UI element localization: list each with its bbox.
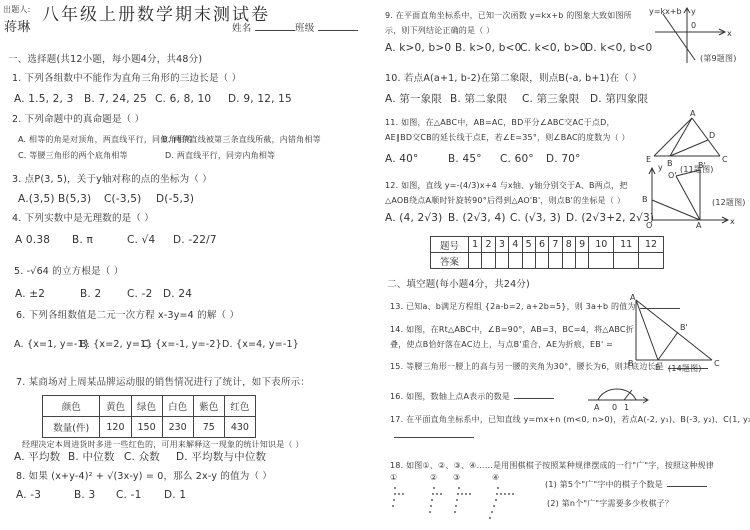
q8-option-a: A. -3	[16, 489, 41, 502]
q7-stem: 7. 某商场对上周某品牌运动服的销售情况进行了统计，如下表所示：	[16, 376, 310, 389]
question-number: 11	[614, 237, 639, 253]
q3-option-d: D(-5,3)	[156, 193, 194, 206]
svg-text:B': B'	[698, 161, 706, 170]
svg-text:y: y	[691, 7, 696, 16]
question-number: 9	[576, 237, 589, 253]
q7-option-c: C. 众数	[124, 451, 160, 464]
q9-option-a: A. k>0, b>0	[385, 42, 451, 55]
svg-text:D: D	[709, 131, 715, 140]
svg-text:①: ①	[390, 473, 397, 482]
q1-option-c: C. 6, 8, 10	[155, 93, 211, 106]
q17-answer-blank[interactable]	[394, 429, 474, 438]
answer-cell[interactable]	[589, 253, 614, 269]
table-cell: 75	[193, 417, 224, 438]
author-name: 蒋琳	[4, 21, 30, 34]
answer-grid: 题号 1 2 3 4 5 6 7 8 9 10 11 12 答案	[430, 236, 664, 269]
answer-cell[interactable]	[549, 253, 562, 269]
svg-text:E: E	[655, 363, 660, 372]
q4-option-b: B. π	[72, 234, 93, 247]
q11-option-c: C. 60°	[500, 153, 534, 166]
q10-option-c: C. 第三象限	[522, 93, 579, 106]
q9-option-c: C. k<0, b>0	[520, 42, 587, 55]
q18-stem: 18. 如图①、②、③、④……是用围棋棋子按照某种规律摆成的一行"广"字，按照这…	[390, 459, 714, 472]
q11-option-a: A. 40°	[385, 153, 419, 166]
section1-heading: 一、选择题(共12小题，每小题4分，共48分)	[8, 53, 202, 66]
q8-option-b: B. 3	[74, 489, 95, 502]
table-row-label: 数量(件)	[43, 417, 100, 438]
q11-option-b: B. 45°	[448, 153, 482, 166]
q3-stem: 3. 点P(3, 5)，关于y轴对称的点的坐标为（ ）	[12, 173, 212, 186]
question-number: 10	[589, 237, 614, 253]
q5-stem: 5. -√64 的立方根是（ ）	[14, 265, 123, 278]
question-number: 12	[639, 237, 664, 253]
section2-heading: 二、填空题(每小题4分，共24分)	[387, 278, 530, 291]
svg-text:A: A	[696, 221, 702, 230]
table-header: 红色	[224, 396, 255, 417]
question-number: 5	[522, 237, 535, 253]
answer-cell[interactable]	[562, 253, 575, 269]
q5-option-d: D. 24	[163, 288, 192, 301]
q8-stem: 8. 如果 (x+y-4)² + √(3x-y) = 0，那么 2x-y 的值为…	[16, 470, 272, 483]
question-number: 2	[482, 237, 495, 253]
q7-sales-table: 颜色 黄色 绿色 白色 紫色 红色 数量(件) 120 150 230 75 4…	[42, 395, 256, 438]
q1-option-d: D. 9, 12, 15	[228, 93, 292, 106]
svg-text:A: A	[690, 109, 696, 118]
answer-grid-row-label: 答案	[431, 253, 469, 269]
q9-option-b: B. k>0, b<0	[455, 42, 521, 55]
q10-stem: 10. 若点A(a+1, b-2)在第二象限，则点B(-a, b+1)在（ ）	[385, 72, 642, 85]
q11-stem: 11. 如图，在△ABC中，AB=AC，BD平分∠ABC交AC于点D，AE∥BD…	[385, 115, 640, 145]
q1-option-a: A. 1.5, 2, 3	[14, 93, 73, 106]
question-number: 6	[535, 237, 548, 253]
table-header: 绿色	[131, 396, 162, 417]
svg-text:A: A	[630, 293, 636, 302]
class-label: 班级	[295, 23, 314, 34]
table-cell: 120	[100, 417, 131, 438]
q4-option-c: C. √4	[127, 234, 155, 247]
svg-text:B': B'	[680, 323, 688, 332]
q16-number-line-figure: A01	[588, 380, 658, 410]
q9-figure-caption: (第9题图)	[700, 52, 737, 65]
q17-answer-line	[390, 429, 474, 442]
q18-sub2: (2) 第n个"广"字需要多少枚棋子？	[547, 497, 673, 510]
q2-stem: 2. 下列命题中的真命题是（ ）	[12, 113, 144, 126]
q7-option-a: A. 平均数	[14, 451, 60, 464]
answer-cell[interactable]	[469, 253, 482, 269]
q18-chess-pieces-figure: ① ② ③ ④	[390, 472, 530, 522]
q6-stem: 6. 下列各组数值是二元一次方程 x-3y=4 的解（ ）	[16, 309, 239, 322]
svg-text:O': O'	[668, 171, 677, 180]
q9-line-label: y=kx+b	[649, 7, 682, 16]
q18-answer-blank[interactable]	[667, 478, 707, 487]
q10-option-a: A. 第一象限	[385, 93, 442, 106]
q6-option-d: D. {x=4, y=-1}	[222, 338, 299, 351]
table-header: 紫色	[193, 396, 224, 417]
q18-sub1: (1) 第5个"广"字中的棋子个数是	[545, 478, 707, 491]
table-cell: 430	[224, 417, 255, 438]
q11-option-d: D. 70°	[546, 153, 581, 166]
q2-option-c: C. 等腰三角形的两个底角相等	[18, 149, 128, 162]
svg-text:④: ④	[492, 473, 499, 482]
q9-option-d: D. k<0, b<0	[585, 42, 652, 55]
answer-cell[interactable]	[482, 253, 495, 269]
q16-answer-blank[interactable]	[514, 390, 554, 399]
svg-text:C: C	[714, 359, 720, 368]
svg-text:x: x	[727, 29, 732, 38]
author-label: 出题人:	[3, 3, 31, 16]
svg-text:0: 0	[612, 403, 617, 412]
table-header: 黄色	[100, 396, 131, 417]
q5-option-b: B. 2	[80, 288, 101, 301]
q6-option-c: C. {x=-1, y=-2}	[142, 338, 222, 351]
answer-cell[interactable]	[509, 253, 522, 269]
q3-option-b: B(5,3)	[58, 193, 91, 206]
q3-option-a: A.(3,5)	[18, 193, 55, 206]
svg-text:1: 1	[624, 403, 629, 412]
class-field[interactable]: 班级	[295, 22, 358, 35]
question-number: 4	[509, 237, 522, 253]
svg-text:B: B	[628, 359, 634, 368]
q4-option-d: D. -22/7	[173, 234, 217, 247]
q8-option-c: C. -1	[116, 489, 141, 502]
q12-stem: 12. 如图，直线 y=-(4/3)x+4 与x轴、y轴分别交于A、B两点，把△…	[385, 178, 640, 208]
q7-option-d: D. 平均数与中位数	[176, 451, 266, 464]
answer-cell[interactable]	[535, 253, 548, 269]
q12-option-b: B. (2√3, 4)	[448, 212, 506, 225]
q5-option-c: C. -2	[127, 288, 152, 301]
q6-option-a: A. {x=1, y=-1}	[14, 338, 90, 351]
answer-cell[interactable]	[522, 253, 535, 269]
name-label: 姓名	[232, 23, 251, 34]
table-header: 颜色	[43, 396, 100, 417]
svg-text:E: E	[646, 155, 651, 164]
table-cell: 150	[131, 417, 162, 438]
svg-text:x: x	[730, 217, 735, 226]
answer-cell[interactable]	[576, 253, 589, 269]
svg-text:A: A	[594, 403, 600, 412]
q10-option-b: B. 第二象限	[450, 93, 507, 106]
q1-stem: 1. 下列各组数中不能作为直角三角形的三边长是（ ）	[12, 72, 241, 85]
q12-option-a: A. (4, 2√3)	[385, 212, 442, 225]
svg-text:③: ③	[453, 473, 460, 482]
q2-option-b: B. 两条直线被第三条直线所截，内错角相等	[162, 133, 321, 146]
q14-stem: 14. 如图，在Rt△ABC中，∠B=90°，AB=3，BC=4，将△ABC折叠…	[390, 322, 640, 352]
answer-grid-header: 题号	[431, 237, 469, 253]
svg-text:O: O	[646, 221, 652, 230]
svg-text:C: C	[722, 155, 728, 164]
question-number: 1	[469, 237, 482, 253]
q1-option-b: B. 7, 24, 25	[84, 93, 147, 106]
q7-option-b: B. 中位数	[68, 451, 115, 464]
name-field[interactable]: 姓名	[232, 22, 295, 35]
table-cell: 230	[162, 417, 193, 438]
answer-cell[interactable]	[639, 253, 664, 269]
question-number: 8	[562, 237, 575, 253]
answer-cell[interactable]	[495, 253, 508, 269]
q4-option-a: A 0.38	[15, 234, 50, 247]
q12-option-c: C. (√3, 3)	[510, 212, 561, 225]
q4-stem: 4. 下列实数中是无理数的是（ ）	[12, 212, 154, 225]
svg-text:②: ②	[430, 473, 437, 482]
table-header: 白色	[162, 396, 193, 417]
q2-option-d: D. 两直线平行，同旁内角相等	[165, 149, 275, 162]
page-title: 八年级上册数学期末测试卷	[42, 9, 270, 22]
q12-figure-caption: (12题图)	[712, 196, 746, 209]
question-number: 7	[549, 237, 562, 253]
question-number: 3	[495, 237, 508, 253]
q7-follow-up: 经理决定本周进货时多进一些红色的，可用来解释这一现象的统计知识是（ ）	[22, 438, 304, 451]
q14-figure-caption: (14题图)	[668, 362, 702, 375]
svg-text:y: y	[658, 163, 663, 172]
svg-text:B: B	[667, 159, 673, 168]
svg-text:0: 0	[691, 21, 696, 30]
q3-option-c: C(-3,5)	[104, 193, 141, 206]
answer-cell[interactable]	[614, 253, 639, 269]
q9-stem: 9. 在平面直角坐标系中，已知一次函数 y=kx+b 的图象大致如图所示，则下列…	[385, 8, 635, 38]
q16-stem: 16. 如图，数轴上点A表示的数是	[390, 390, 554, 403]
svg-text:B: B	[642, 195, 648, 204]
q12-option-d: D. (2√3+2, 2√3)	[566, 212, 654, 225]
q17-stem: 17. 在平面直角坐标系中，已知直线 y=mx+n (m<0, n>0)，若点A…	[390, 413, 750, 426]
q5-option-a: A. ±2	[15, 288, 45, 301]
q8-option-d: D. 1	[164, 489, 186, 502]
q10-option-d: D. 第四象限	[590, 93, 648, 106]
